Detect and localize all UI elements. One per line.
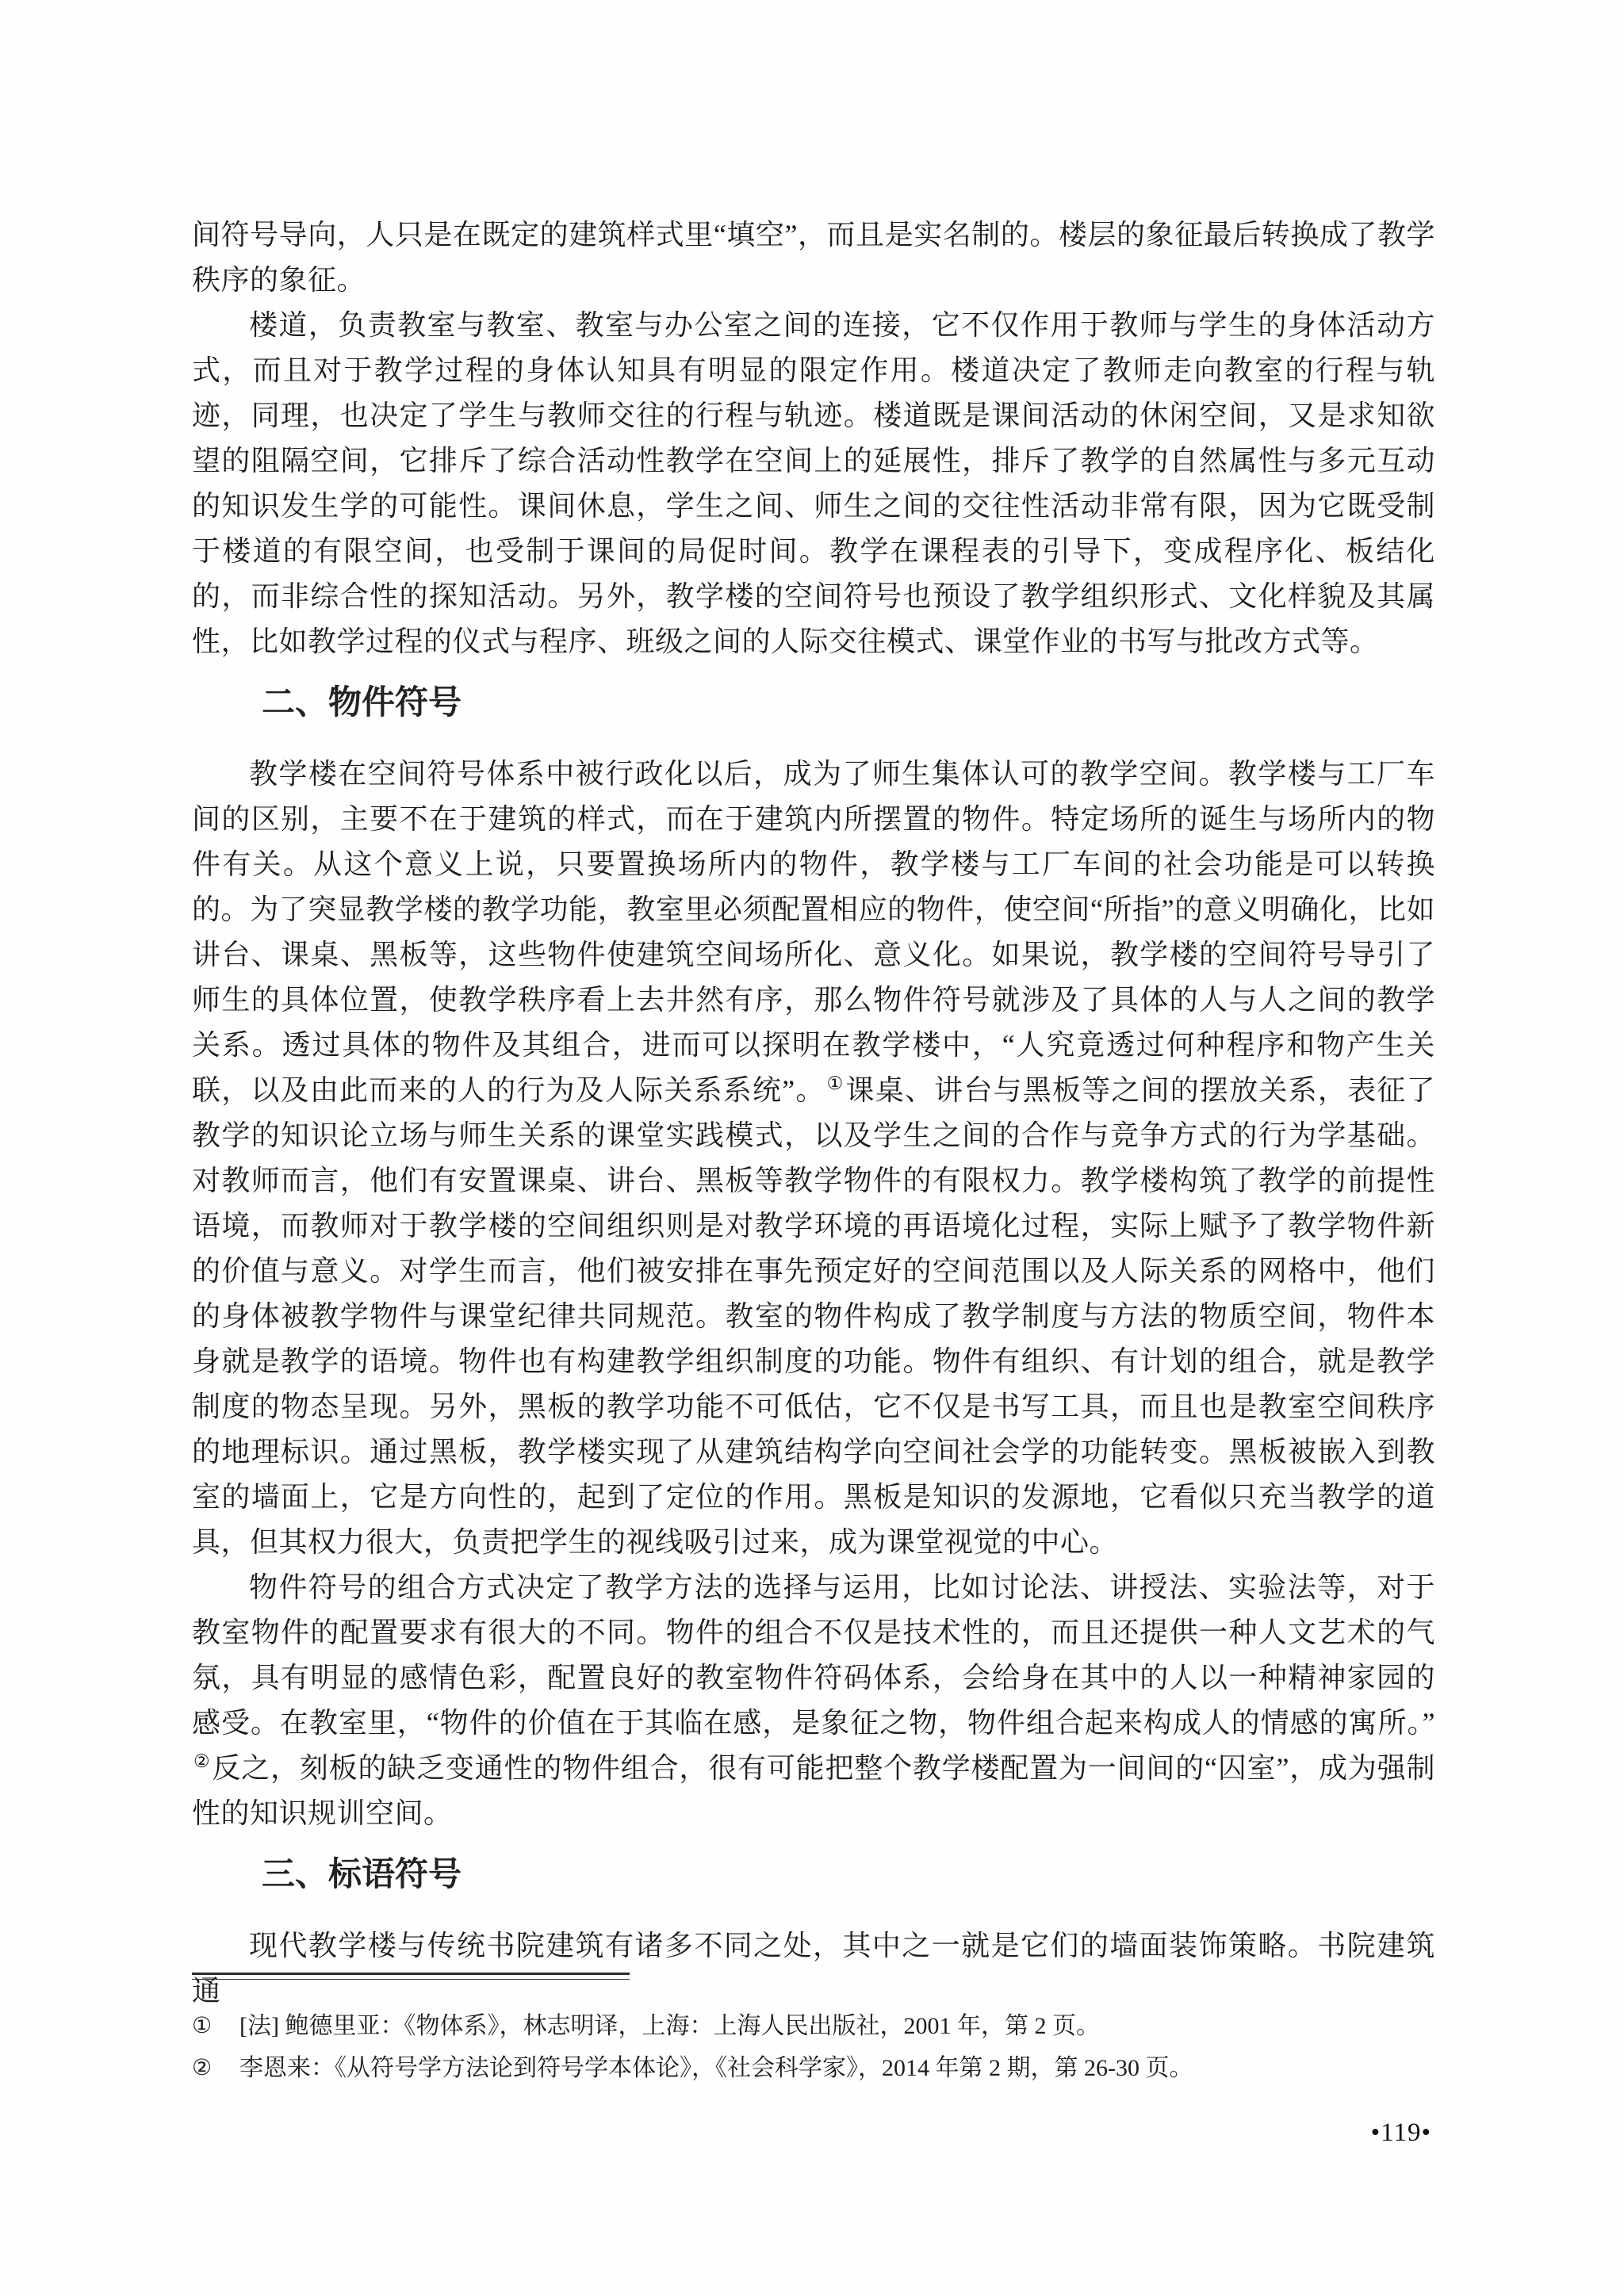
body-paragraph: 楼道，负责教室与教室、教室与办公室之间的连接，它不仅作用于教师与学生的身体活动方… — [192, 303, 1435, 664]
footnote-marker: ② — [192, 2047, 239, 2089]
footnote-divider — [192, 1973, 630, 1980]
footnote-list: ①[法] 鲍德里亚：《物体系》，林志明译，上海：上海人民出版社，2001 年，第… — [192, 2005, 1435, 2089]
footnote-ref: ② — [193, 1751, 210, 1771]
footnote-text: 李恩来：《从符号学方法论到符号学本体论》，《社会科学家》，2014 年第 2 期… — [239, 2047, 1435, 2089]
footnote-marker: ① — [192, 2005, 239, 2047]
section-heading: 二、物件符号 — [262, 679, 1435, 725]
document-page: 间符号导向，人只是在既定的建筑样式里“填空”，而且是实名制的。楼层的象征最后转换… — [0, 0, 1624, 2296]
footnote-item: ②李恩来：《从符号学方法论到符号学本体论》，《社会科学家》，2014 年第 2 … — [192, 2047, 1435, 2089]
footnote-ref: ① — [827, 1073, 845, 1093]
footnote-item: ①[法] 鲍德里亚：《物体系》，林志明译，上海：上海人民出版社，2001 年，第… — [192, 2005, 1435, 2047]
page-number: •119• — [1371, 2118, 1431, 2148]
footnote-area: ①[法] 鲍德里亚：《物体系》，林志明译，上海：上海人民出版社，2001 年，第… — [192, 1973, 1435, 2089]
section-heading: 三、标语符号 — [262, 1851, 1435, 1896]
article-body: 间符号导向，人只是在既定的建筑样式里“填空”，而且是实名制的。楼层的象征最后转换… — [192, 212, 1435, 2014]
body-paragraph: 教学楼在空间符号体系中被行政化以后，成为了师生集体认可的教学空间。教学楼与工厂车… — [192, 752, 1435, 1565]
body-paragraph: 间符号导向，人只是在既定的建筑样式里“填空”，而且是实名制的。楼层的象征最后转换… — [192, 212, 1435, 303]
footnote-text: [法] 鲍德里亚：《物体系》，林志明译，上海：上海人民出版社，2001 年，第 … — [239, 2005, 1435, 2047]
body-paragraph: 物件符号的组合方式决定了教学方法的选择与运用，比如讨论法、讲授法、实验法等，对于… — [192, 1565, 1435, 1836]
